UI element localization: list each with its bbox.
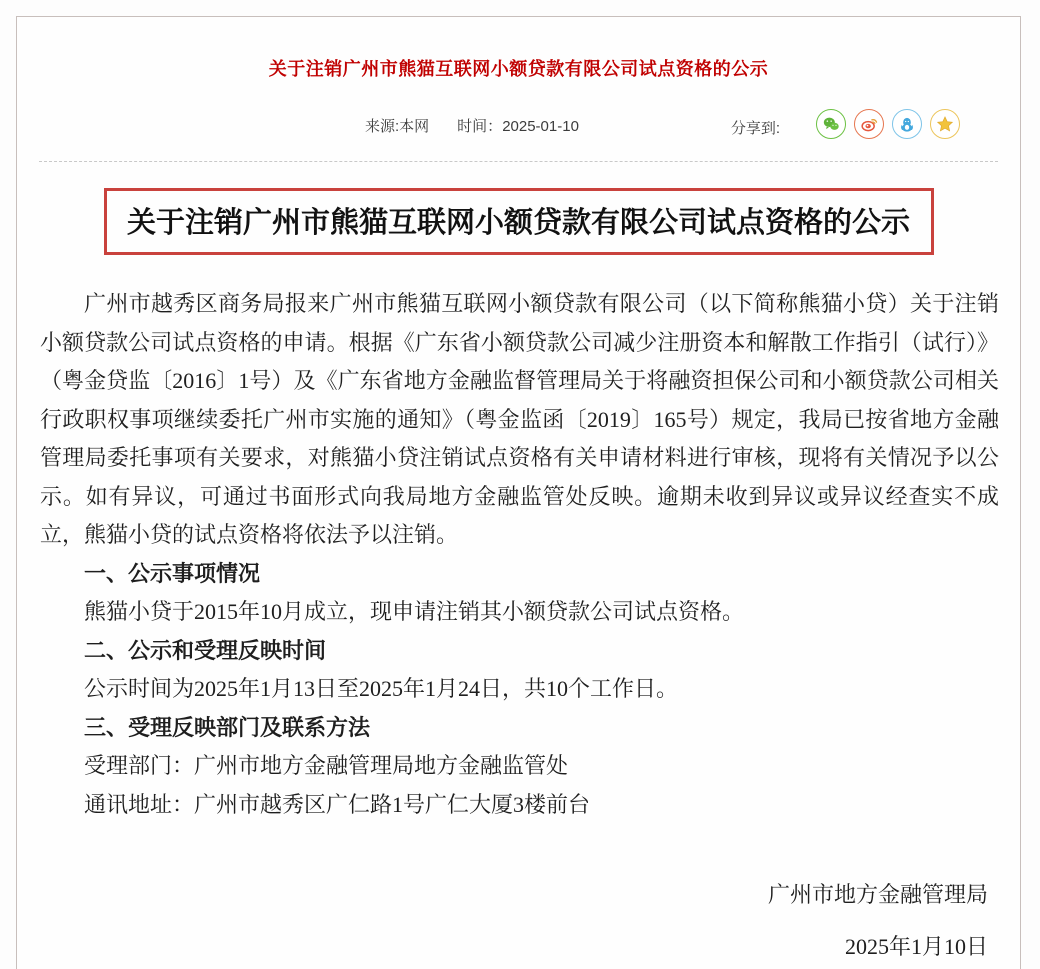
signature-organization: 广州市地方金融管理局 [17,876,988,914]
share-group: 分享到: [731,109,960,139]
paragraph-main: 广州市越秀区商务局报来广州市熊猫互联网小额贷款有限公司（以下简称熊猫小贷）关于注… [40,285,999,555]
accepting-department-line: 受理部门：广州市地方金融管理局地方金融监管处 [40,747,999,786]
signature-block: 广州市地方金融管理局 2025年1月10日 [17,876,1020,966]
mailing-address-line: 通讯地址：广州市越秀区广仁路1号广仁大厦3楼前台 [40,786,999,825]
source-time-group: 来源:本网 时间：2025-01-10 [365,115,579,136]
dashed-divider [39,161,998,162]
page-title: 关于注销广州市熊猫互联网小额贷款有限公司试点资格的公示 [17,55,1020,81]
qq-share-icon[interactable] [892,109,922,139]
section-heading-2: 二、公示和受理反映时间 [40,632,999,671]
time-value: 2025-01-10 [502,118,579,135]
notice-page-container: 关于注销广州市熊猫互联网小额贷款有限公司试点资格的公示 来源:本网 时间：202… [16,16,1021,969]
favorite-star-icon[interactable] [930,109,960,139]
document-headline: 关于注销广州市熊猫互联网小额贷款有限公司试点资格的公示 [113,200,925,241]
section-heading-3: 三、受理反映部门及联系方法 [40,709,999,748]
wechat-share-icon[interactable] [816,109,846,139]
section-2-content: 公示时间为2025年1月13日至2025年1月24日，共10个工作日。 [40,670,999,709]
section-heading-1: 一、公示事项情况 [40,555,999,594]
article-body: 广州市越秀区商务局报来广州市熊猫互联网小额贷款有限公司（以下简称熊猫小贷）关于注… [17,285,1020,824]
section-1-content: 熊猫小贷于2015年10月成立，现申请注销其小额贷款公司试点资格。 [40,593,999,632]
time-group: 时间：2025-01-10 [457,115,579,136]
meta-row: 来源:本网 时间：2025-01-10 分享到: [17,109,1020,141]
time-label: 时间： [457,118,502,135]
headline-box: 关于注销广州市熊猫互联网小额贷款有限公司试点资格的公示 [104,188,934,255]
share-label: 分享到: [731,111,780,138]
source-label: 来源:本网 [365,115,429,136]
signature-date: 2025年1月10日 [17,928,988,966]
weibo-share-icon[interactable] [854,109,884,139]
